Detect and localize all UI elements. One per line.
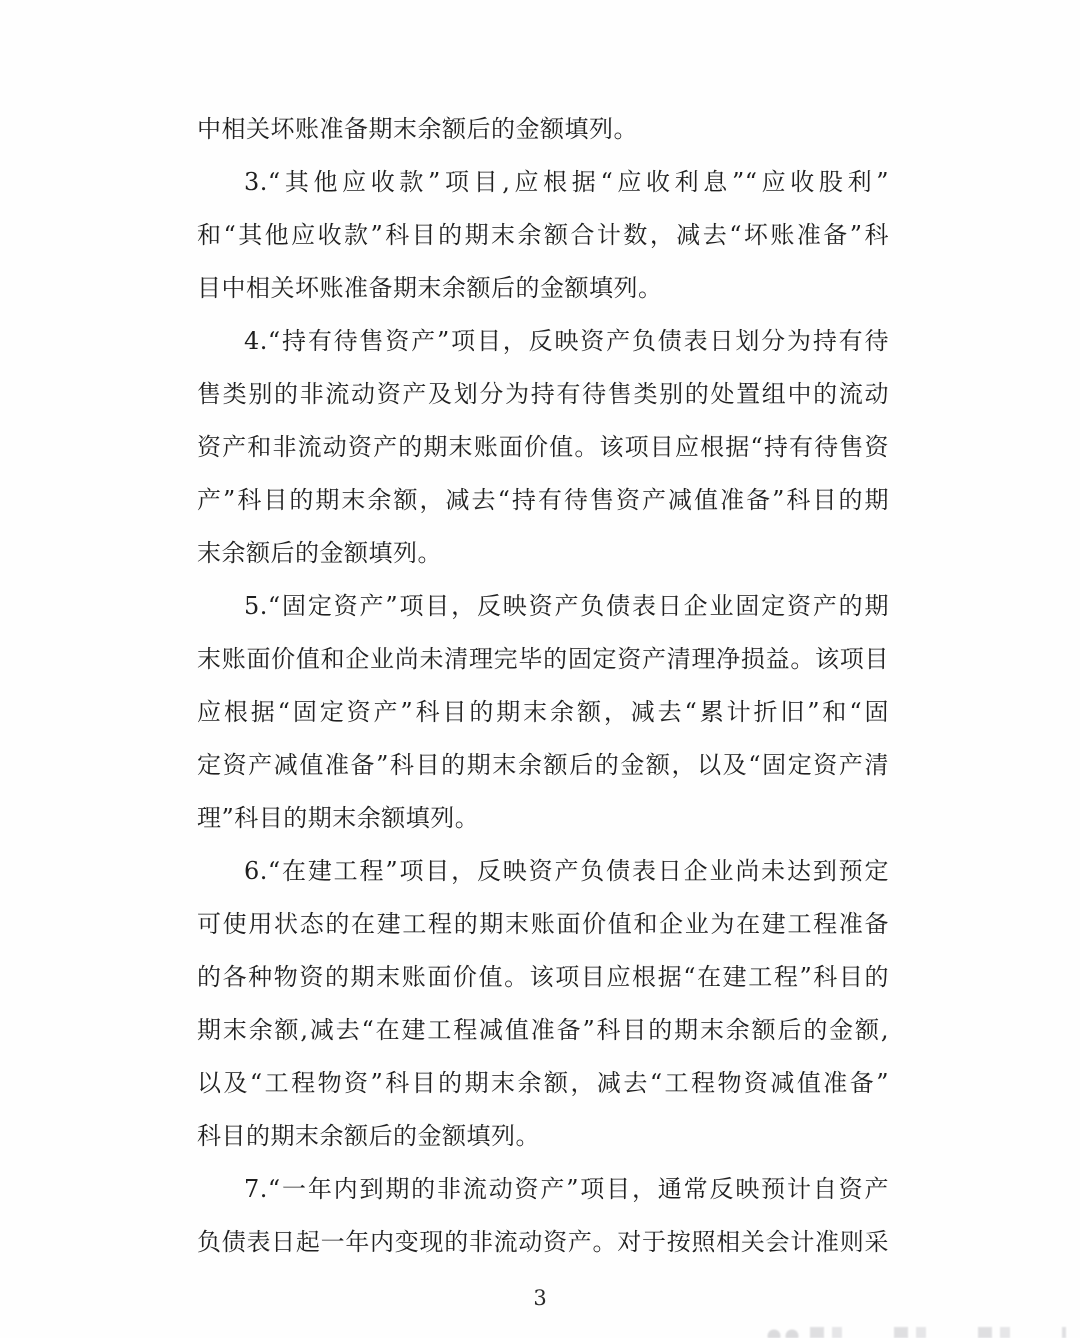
text-line: 科目的期末余额后的金额填列。 bbox=[197, 1110, 889, 1163]
paragraph: 3.“其他应收款”项目,应根据“应收利息”“应收股利”和“其他应收款”科目的期末… bbox=[197, 156, 889, 315]
text-line: 中相关坏账准备期末余额后的金额填列。 bbox=[197, 103, 889, 156]
text-line: 可使用状态的在建工程的期末账面价值和企业为在建工程准备 bbox=[197, 898, 889, 951]
text-line: 定资产减值准备”科目的期末余额后的金额，以及“固定资产清 bbox=[197, 739, 889, 792]
text-line: 4.“持有待售资产”项目，反映资产负债表日划分为持有待 bbox=[197, 315, 889, 368]
text-line: 负债表日起一年内变现的非流动资产。对于按照相关会计准则采 bbox=[197, 1216, 889, 1269]
paragraph: 4.“持有待售资产”项目，反映资产负债表日划分为持有待售类别的非流动资产及划分为… bbox=[197, 315, 889, 580]
watermark-fragment bbox=[766, 1327, 1066, 1338]
document-body: 中相关坏账准备期末余额后的金额填列。3.“其他应收款”项目,应根据“应收利息”“… bbox=[197, 103, 889, 1269]
text-line: 应根据“固定资产”科目的期末余额，减去“累计折旧”和“固 bbox=[197, 686, 889, 739]
text-line: 3.“其他应收款”项目,应根据“应收利息”“应收股利” bbox=[197, 156, 889, 209]
text-line: 售类别的非流动资产及划分为持有待售类别的处置组中的流动 bbox=[197, 368, 889, 421]
paragraph: 5.“固定资产”项目，反映资产负债表日企业固定资产的期末账面价值和企业尚未清理完… bbox=[197, 580, 889, 845]
text-line: 5.“固定资产”项目，反映资产负债表日企业固定资产的期 bbox=[197, 580, 889, 633]
text-line: 以及“工程物资”科目的期末余额，减去“工程物资减值准备” bbox=[197, 1057, 889, 1110]
text-line: 末余额后的金额填列。 bbox=[197, 527, 889, 580]
paragraph: 7.“一年内到期的非流动资产”项目，通常反映预计自资产负债表日起一年内变现的非流… bbox=[197, 1163, 889, 1269]
text-line: 6.“在建工程”项目，反映资产负债表日企业尚未达到预定 bbox=[197, 845, 889, 898]
text-line: 的各种物资的期末账面价值。该项目应根据“在建工程”科目的 bbox=[197, 951, 889, 1004]
text-line: 和“其他应收款”科目的期末余额合计数，减去“坏账准备”科 bbox=[197, 209, 889, 262]
text-line: 7.“一年内到期的非流动资产”项目，通常反映预计自资产 bbox=[197, 1163, 889, 1216]
paragraph: 中相关坏账准备期末余额后的金额填列。 bbox=[197, 103, 889, 156]
paragraph: 6.“在建工程”项目，反映资产负债表日企业尚未达到预定可使用状态的在建工程的期末… bbox=[197, 845, 889, 1163]
text-line: 末账面价值和企业尚未清理完毕的固定资产清理净损益。该项目 bbox=[197, 633, 889, 686]
document-page: 中相关坏账准备期末余额后的金额填列。3.“其他应收款”项目,应根据“应收利息”“… bbox=[0, 0, 1080, 1338]
text-line: 期末余额,减去“在建工程减值准备”科目的期末余额后的金额, bbox=[197, 1004, 889, 1057]
page-number: 3 bbox=[0, 1286, 1080, 1310]
text-line: 理”科目的期末余额填列。 bbox=[197, 792, 889, 845]
text-line: 目中相关坏账准备期末余额后的金额填列。 bbox=[197, 262, 889, 315]
text-line: 产”科目的期末余额，减去“持有待售资产减值准备”科目的期 bbox=[197, 474, 889, 527]
text-line: 资产和非流动资产的期末账面价值。该项目应根据“持有待售资 bbox=[197, 421, 889, 474]
